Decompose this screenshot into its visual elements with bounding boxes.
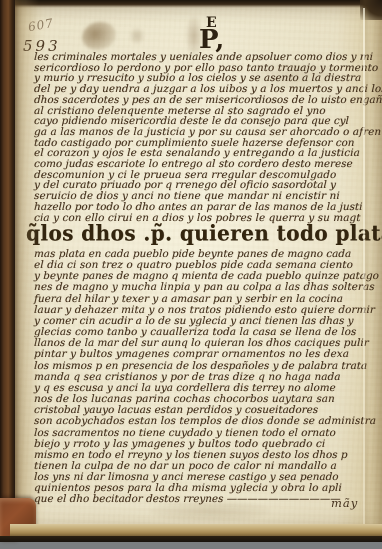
manuscript-line: dhos sacerdotes y pes an de ser miserico… [34,95,376,106]
paragraph-first: les criminales mortales y ueniales ande … [34,52,376,223]
gutter-shadow [15,0,39,541]
page-top-edge [0,0,382,8]
manuscript-line: los sacramentos no tiene cuydado y tiene… [34,428,376,439]
manuscript-line: son acobychados estan los templos de dio… [34,416,376,427]
ink-bleedthrough [130,28,144,44]
book-binding [0,0,15,541]
section-heading: q̃los dhos .p̃. quieren todo plata y [26,220,371,245]
manuscript-photo: 607 593 E P, les criminales mortales y u… [0,0,382,549]
manuscript-line: hazello por todo lo dho antes an parar d… [34,202,376,213]
ink-smudge [79,18,119,54]
manuscript-line: que el dho becitador destos rreynes ————… [34,494,376,505]
page-bottom-edge [0,536,382,542]
paragraph-second: mas plata en cada pueblo pide beynte pan… [34,249,376,506]
fold-line [363,8,365,528]
manuscript-page: 607 593 E P, les criminales mortales y u… [0,0,382,541]
manuscript-line: nes de magno y mucha linpia y pan au col… [34,282,376,293]
manuscript-line: pintar y bultos ymagenes comprar ornamen… [34,349,376,360]
catchword: mãy [331,496,358,510]
